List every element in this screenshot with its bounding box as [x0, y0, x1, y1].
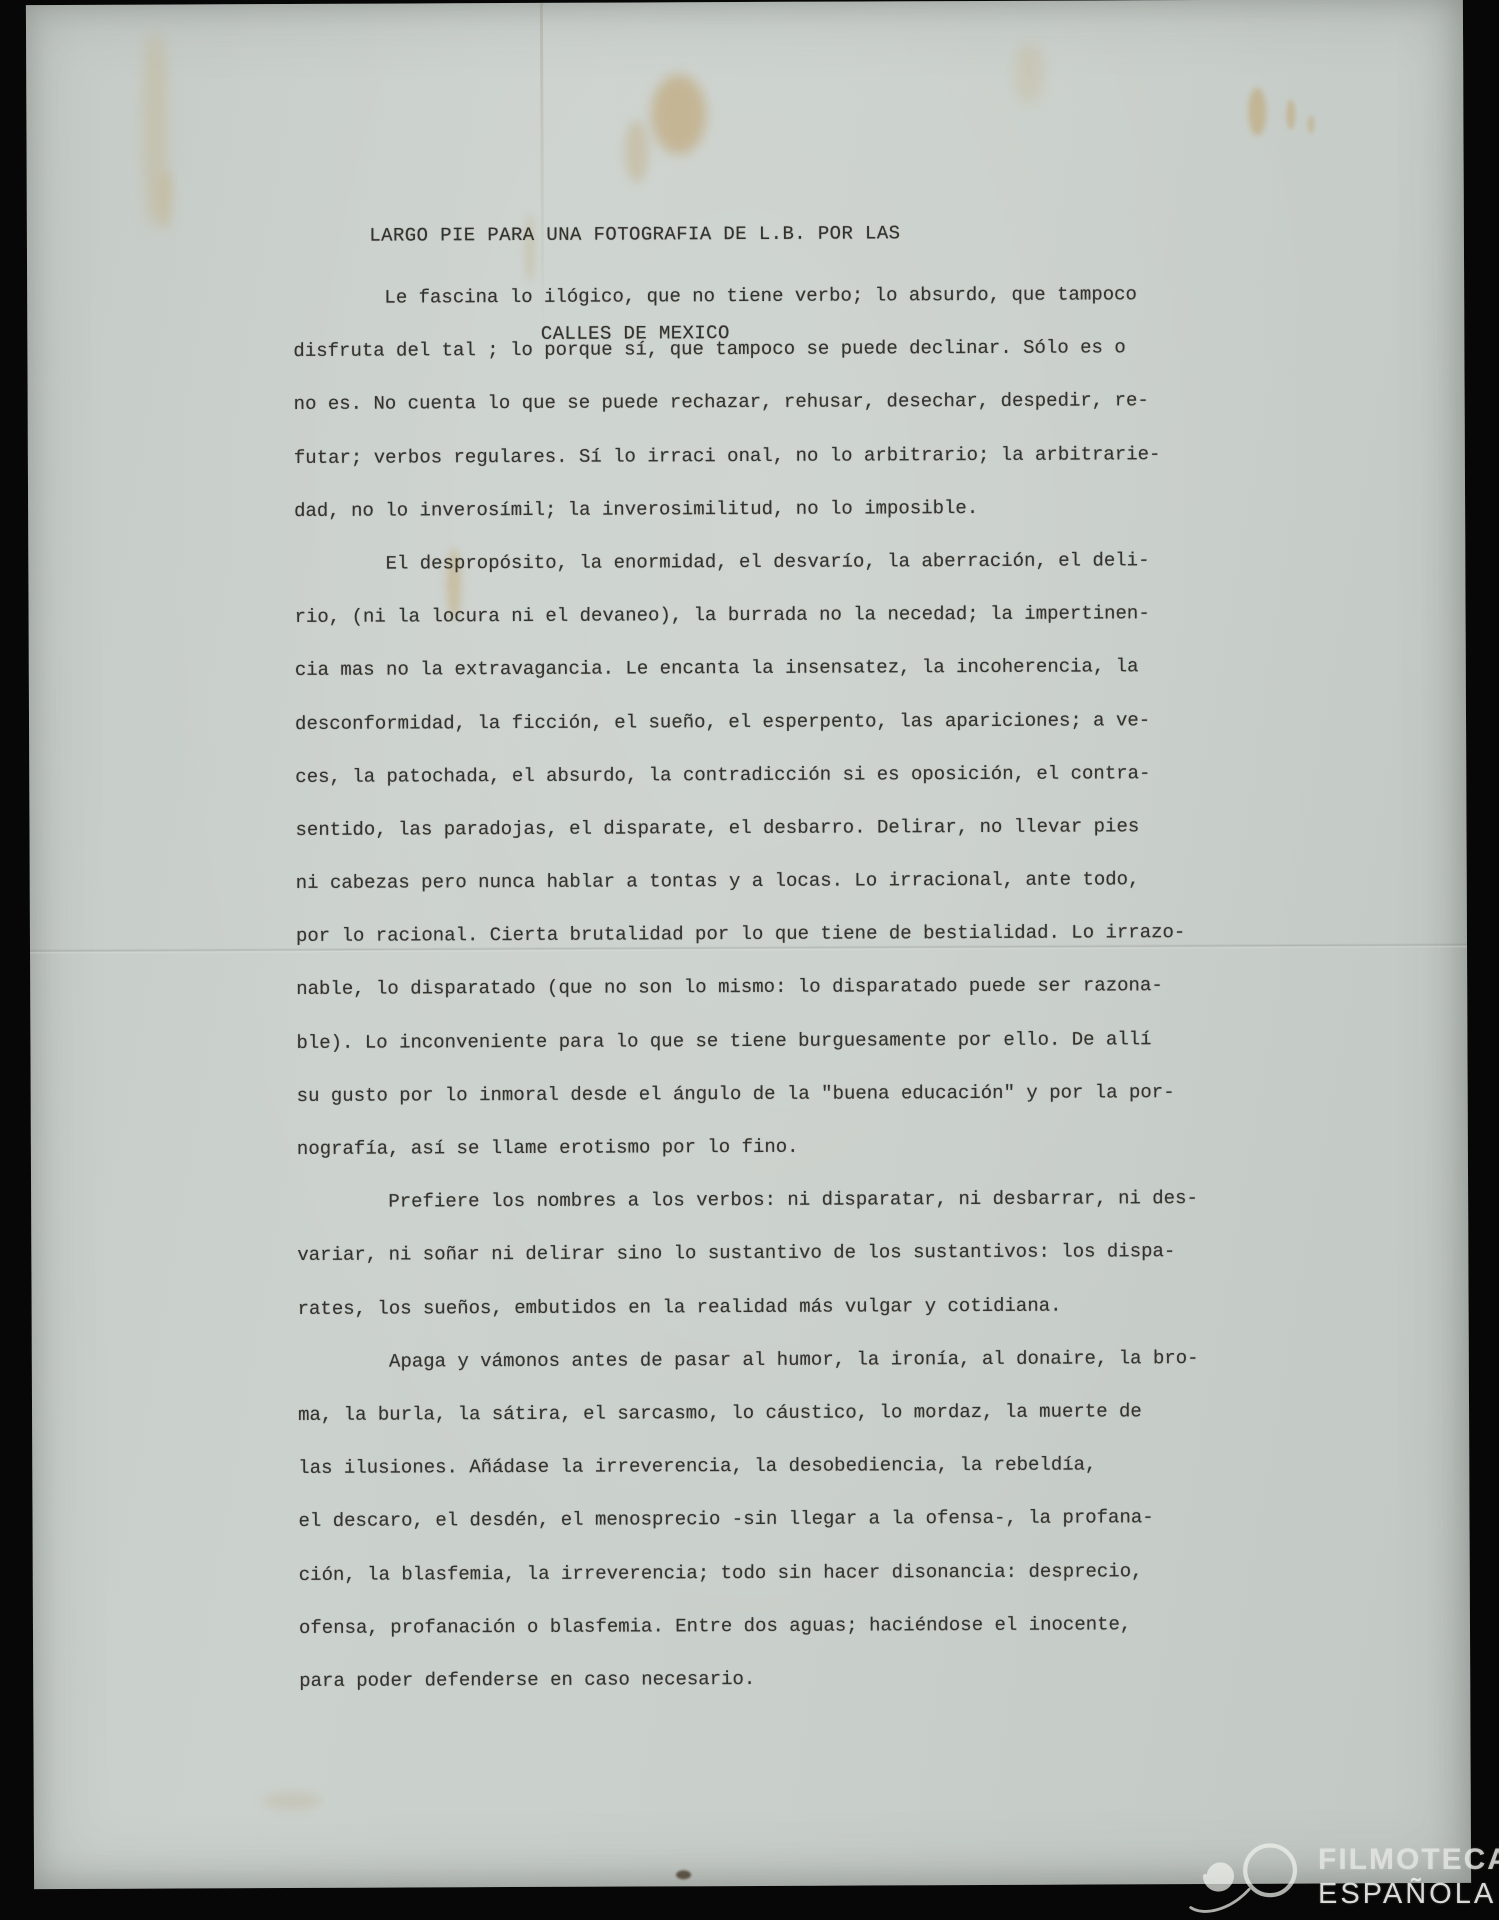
text-line: futar; verbos regulares. Sí lo irraci on…: [294, 427, 1224, 484]
document-title-line1: LARGO PIE PARA UNA FOTOGRAFIA DE L.B. PO…: [355, 217, 915, 252]
text-line: disfruta del tal ; lo porque sí, que tam…: [293, 321, 1223, 378]
text-line: sentido, las paradojas, el disparate, el…: [295, 800, 1225, 857]
text-line: cia mas no la extravagancia. Le encanta …: [295, 640, 1225, 697]
text-line: ción, la blasfemia, la irreverencia; tod…: [299, 1544, 1229, 1601]
text-line: por lo racional. Cierta brutalidad por l…: [296, 906, 1226, 963]
text-line: variar, ni soñar ni delirar sino lo sust…: [297, 1225, 1227, 1282]
stain: [159, 170, 173, 230]
text-line: Le fascina lo ilógico, que no tiene verb…: [293, 268, 1223, 325]
stain: [676, 1870, 691, 1879]
text-line: no es. No cuenta lo que se puede rechaza…: [294, 374, 1224, 431]
text-line: ble). Lo inconveniente para lo que se ti…: [296, 1013, 1226, 1070]
text-line: para poder defenderse en caso necesario.: [299, 1651, 1229, 1708]
reel-tail-icon: [1191, 1889, 1249, 1911]
text-line: ma, la burla, la sátira, el sarcasmo, lo…: [298, 1385, 1228, 1442]
text-line: ofensa, profanación o blasfemia. Entre d…: [299, 1598, 1229, 1655]
stain: [1248, 88, 1266, 136]
scan-background: LARGO PIE PARA UNA FOTOGRAFIA DE L.B. PO…: [0, 0, 1499, 1920]
text-line: ces, la patochada, el absurdo, la contra…: [295, 747, 1225, 804]
text-line: nable, lo disparatado (que no son lo mis…: [296, 959, 1226, 1016]
text-line: ni cabezas pero nunca hablar a tontas y …: [296, 853, 1226, 910]
stain: [1014, 43, 1044, 105]
text-line: rates, los sueños, embutidos en la reali…: [297, 1278, 1227, 1335]
stain: [1307, 116, 1314, 134]
text-line: Apaga y vámonos antes de pasar al humor,…: [298, 1332, 1228, 1389]
text-line: el descaro, el desdén, el menosprecio -s…: [298, 1491, 1228, 1548]
text-line: nografía, así se llame erotismo por lo f…: [297, 1119, 1227, 1176]
stain: [144, 33, 167, 228]
text-line: su gusto por lo inmoral desde el ángulo …: [297, 1066, 1227, 1123]
text-line: dad, no lo inverosímil; la inverosimilit…: [294, 481, 1224, 538]
text-line: desconformidad, la ficción, el sueño, el…: [295, 693, 1225, 750]
text-line: El despropósito, la enormidad, el desvar…: [294, 534, 1224, 591]
text-line: rio, (ni la locura ni el devaneo), la bu…: [294, 587, 1224, 644]
document-body: Le fascina lo ilógico, que no tiene verb…: [293, 268, 1229, 1708]
document-page: LARGO PIE PARA UNA FOTOGRAFIA DE L.B. PO…: [26, 0, 1471, 1889]
text-line: Prefiere los nombres a los verbos: ni di…: [297, 1172, 1227, 1229]
stain: [262, 1792, 322, 1810]
stain: [1286, 100, 1295, 130]
text-line: las ilusiones. Añádase la irreverencia, …: [298, 1438, 1228, 1495]
stain: [651, 74, 706, 154]
